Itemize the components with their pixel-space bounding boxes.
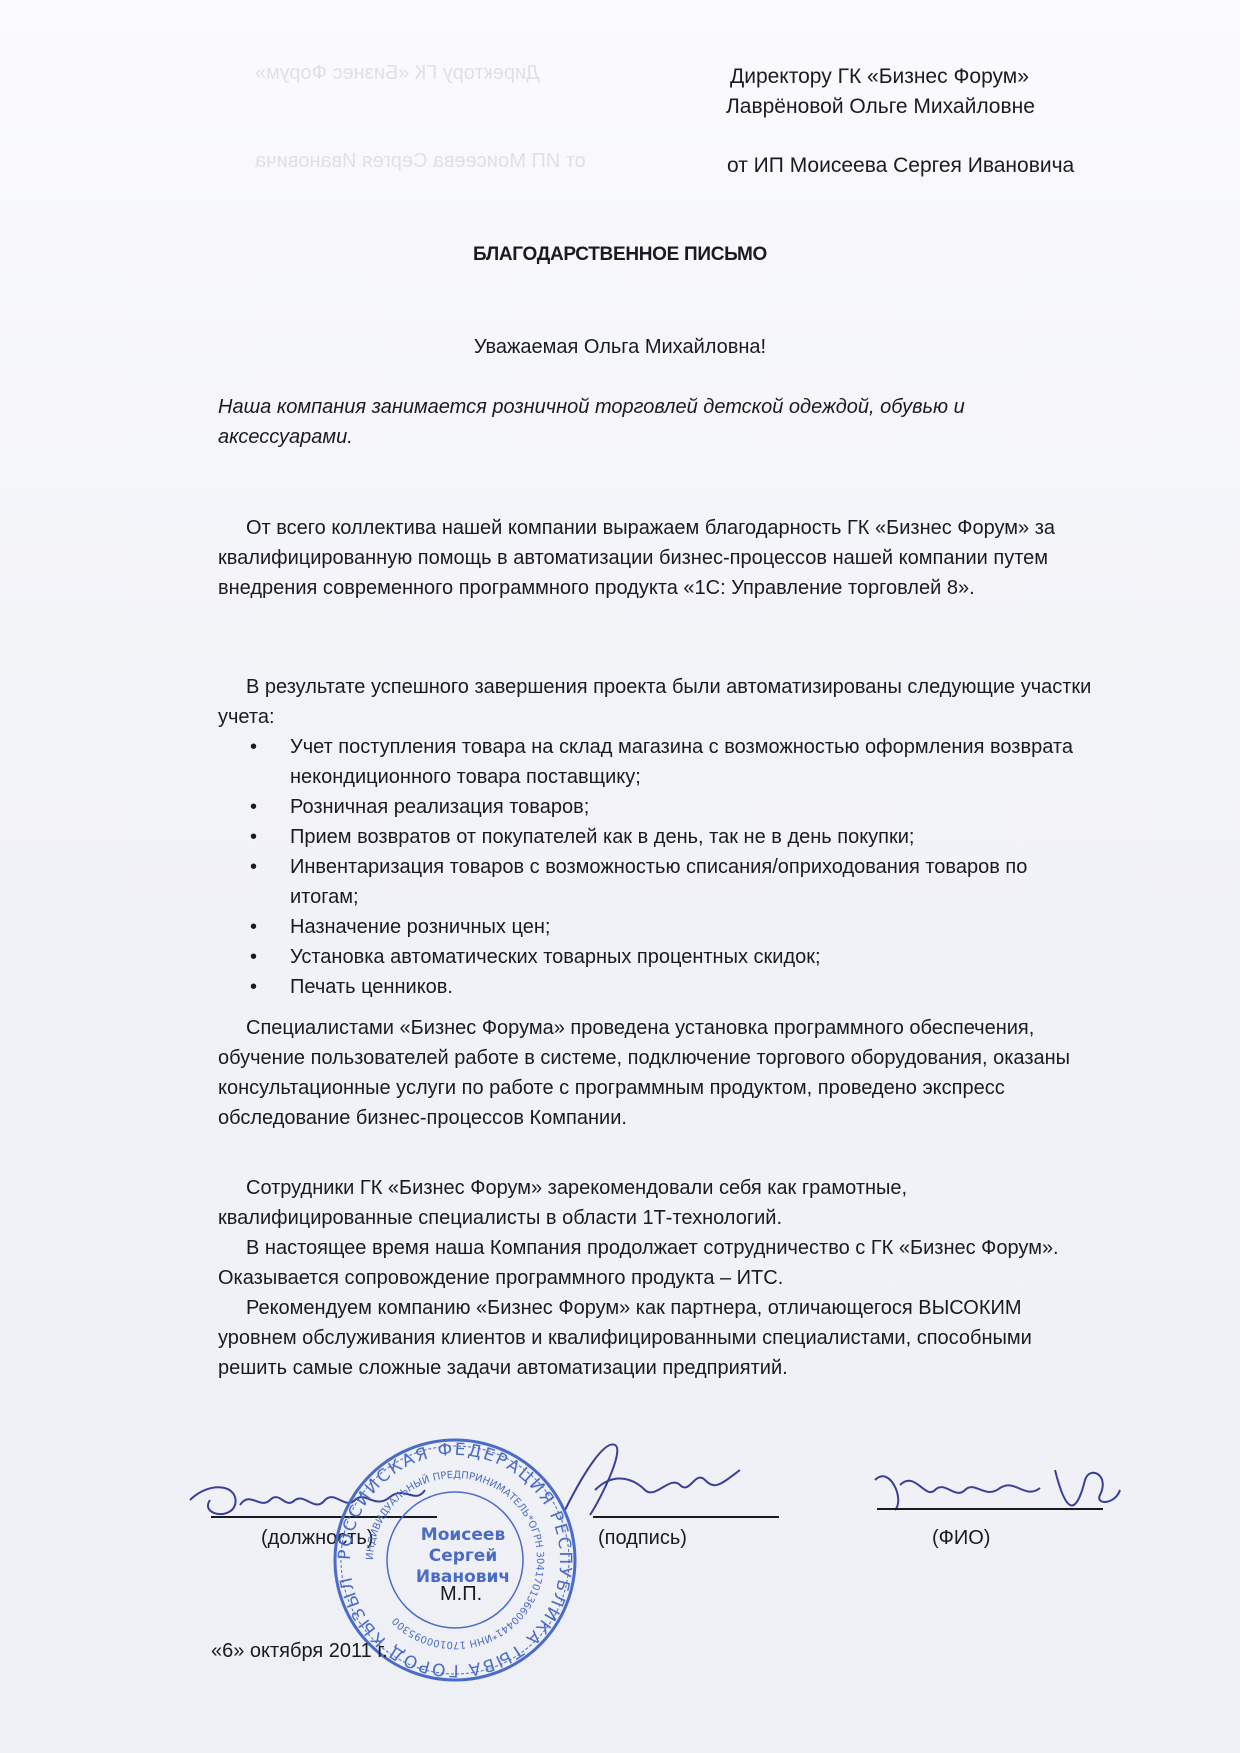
addressee-line-1: Директору ГК «Бизнес Форум» [730, 62, 1029, 92]
letter-date: «6» октября 2011 г. [211, 1640, 388, 1663]
paragraph-results: В результате успешного завершения проект… [218, 672, 1098, 732]
list-item: Учет поступления товара на склад магазин… [218, 732, 1098, 792]
list-item: Назначение розничных цен; [218, 912, 1098, 942]
signature-label: (подпись) [598, 1527, 687, 1550]
paragraph-staff: Сотрудники ГК «Бизнес Форум» зарекомендо… [218, 1173, 1098, 1233]
name-line [877, 1508, 1103, 1510]
signature-line [593, 1516, 779, 1518]
intro-paragraph: Наша компания занимается розничной торго… [218, 392, 1098, 452]
paragraph-gratitude: От всего коллектива нашей компании выраж… [218, 513, 1098, 603]
automated-areas-list: Учет поступления товара на склад магазин… [218, 732, 1098, 1002]
list-item: Прием возвратов от покупателей как в ден… [218, 822, 1098, 852]
scanned-letter-page: Директору ГК «Бизнес Форум» от ИП Моисее… [0, 0, 1240, 1753]
list-item: Установка автоматических товарных процен… [218, 942, 1098, 972]
bleed-through-text: Директору ГК «Бизнес Форум» [255, 62, 540, 85]
bleed-through-text: от ИП Моисеева Сергея Ивановича [255, 150, 586, 173]
name-label: (ФИО) [932, 1527, 990, 1550]
list-item: Розничная реализация товаров; [218, 792, 1098, 822]
letter-title: БЛАГОДАРСТВЕННОЕ ПИСЬМО [0, 244, 1240, 266]
list-item: Инвентаризация товаров с возможностью сп… [218, 852, 1098, 912]
list-item: Печать ценников. [218, 972, 1098, 1002]
stamp-center-name: Моисеев Сергей Иванович [403, 1525, 523, 1588]
addressee-line-2: Лаврёновой Ольге Михайловне [726, 92, 1035, 122]
greeting: Уважаемая Ольга Михайловна! [0, 336, 1240, 359]
handwritten-name-signature [860, 1450, 1140, 1540]
sender-line: от ИП Моисеева Сергея Ивановича [727, 151, 1074, 181]
stamp-placeholder-label: М.П. [440, 1583, 482, 1606]
paragraph-recommendation: Рекомендуем компанию «Бизнес Форум» как … [218, 1293, 1098, 1383]
paragraph-services: Специалистами «Бизнес Форума» проведена … [218, 1013, 1098, 1133]
paragraph-cooperation: В настоящее время наша Компания продолжа… [218, 1233, 1098, 1293]
